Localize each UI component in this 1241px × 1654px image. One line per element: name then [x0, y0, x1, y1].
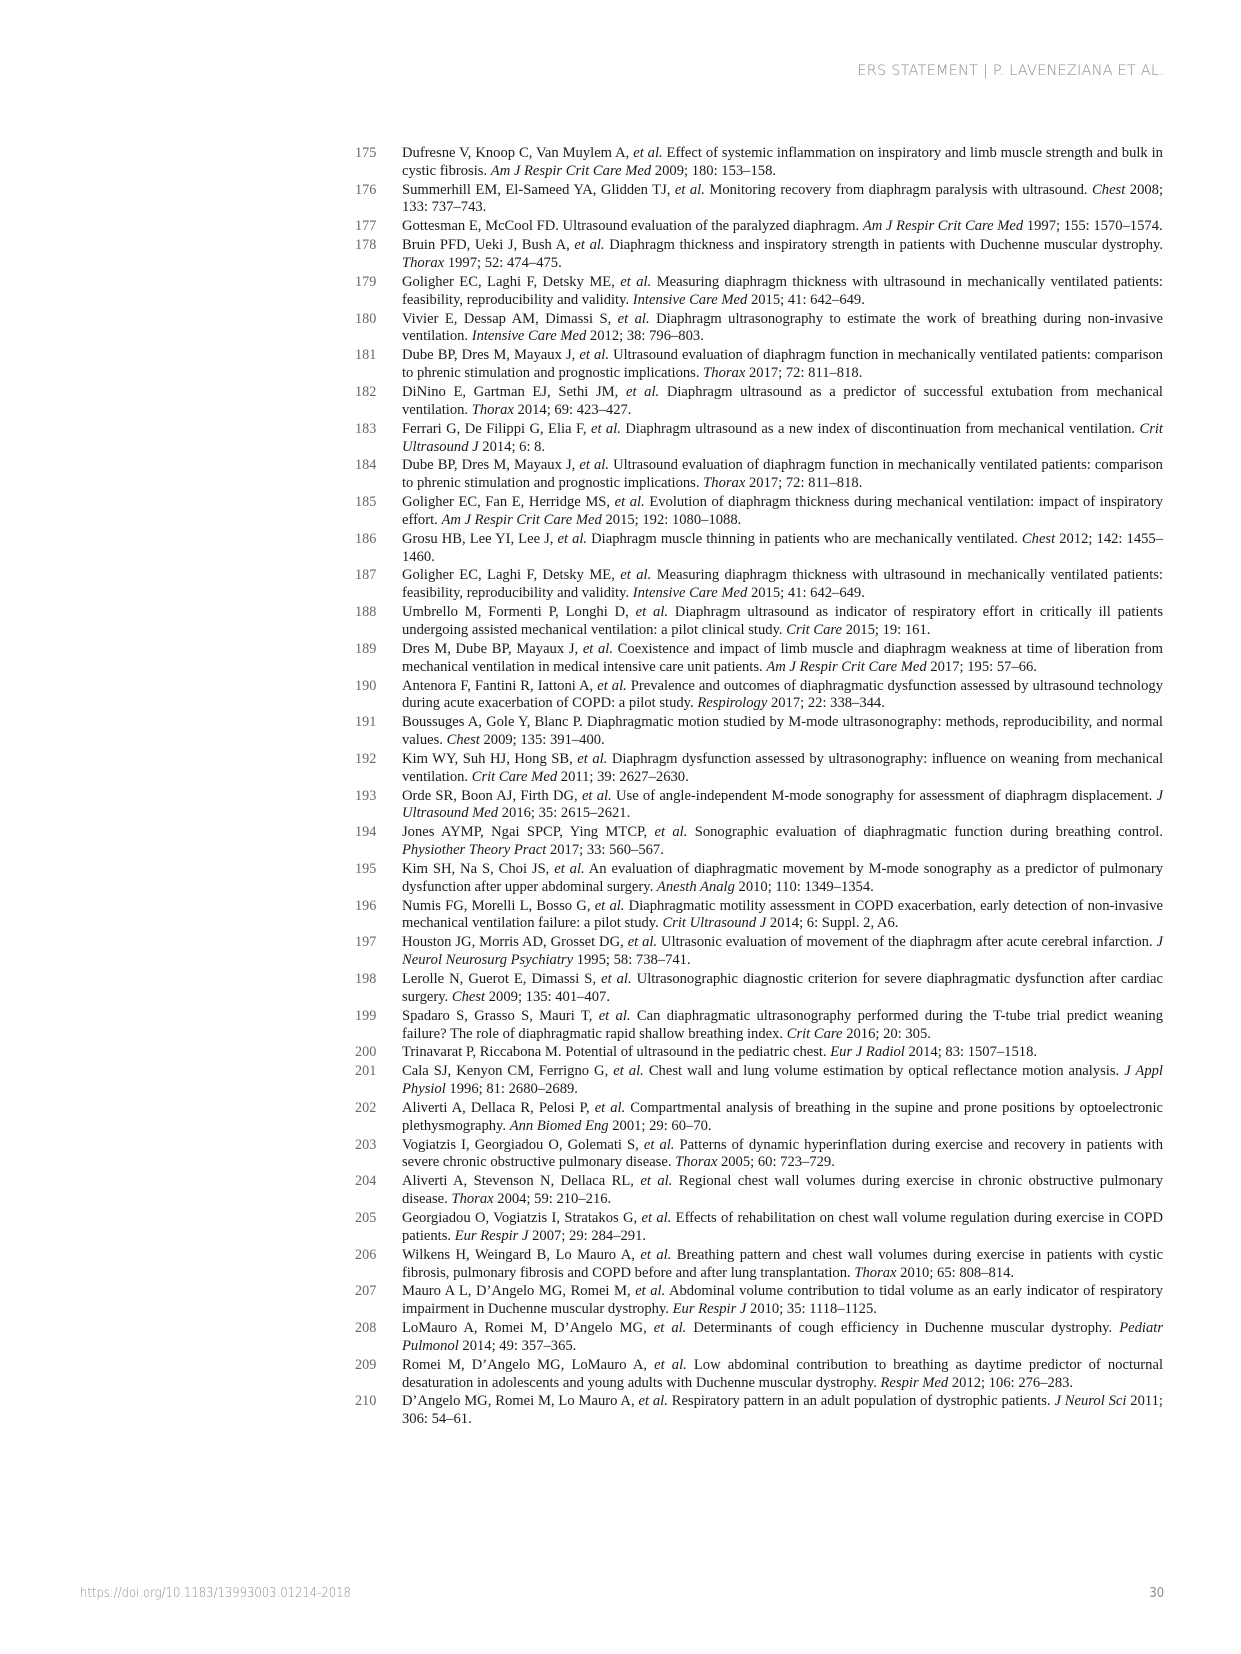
reference-item: 202Aliverti A, Dellaca R, Pelosi P, et a…: [355, 1100, 1163, 1136]
et-al: et al.: [644, 1137, 675, 1153]
citation-details: 2017; 72: 811–818.: [745, 475, 862, 491]
reference-text: Bruin PFD, Ueki J, Bush A, et al. Diaphr…: [402, 237, 1163, 273]
reference-title: Chest wall and lung volume estimation by…: [644, 1063, 1124, 1079]
et-al: et al.: [642, 1210, 672, 1226]
citation-details: 2015; 19: 161.: [842, 622, 930, 638]
et-al: et al.: [628, 934, 657, 950]
citation-details: 2017; 22: 338–344.: [767, 695, 885, 711]
reference-item: 194Jones AYMP, Ngai SPCP, Ying MTCP, et …: [355, 824, 1163, 860]
reference-item: 179Goligher EC, Laghi F, Detsky ME, et a…: [355, 274, 1163, 310]
reference-number: 210: [355, 1393, 402, 1429]
et-al: et al.: [620, 567, 651, 583]
citation-details: 2014; 83: 1507–1518.: [905, 1044, 1037, 1060]
citation-details: 2017; 72: 811–818.: [745, 365, 862, 381]
reference-list: 175Dufresne V, Knoop C, Van Muylem A, et…: [355, 145, 1163, 1430]
reference-item: 176Summerhill EM, El-Sameed YA, Glidden …: [355, 182, 1163, 218]
et-al: et al.: [597, 678, 627, 694]
et-al: et al.: [654, 1320, 687, 1336]
reference-item: 197Houston JG, Morris AD, Grosset DG, et…: [355, 934, 1163, 970]
journal-name: Crit Care: [786, 622, 842, 638]
doi-link[interactable]: https://doi.org/10.1183/13993003.01214-2…: [80, 1585, 351, 1601]
et-al: et al.: [638, 1393, 667, 1409]
et-al: et al.: [599, 1008, 631, 1024]
reference-number: 199: [355, 1008, 402, 1044]
journal-name: Thorax: [451, 1191, 493, 1207]
reference-number: 207: [355, 1283, 402, 1319]
citation-details: 2004; 59: 210–216.: [494, 1191, 612, 1207]
reference-text: Gottesman E, McCool FD. Ultrasound evalu…: [402, 218, 1163, 236]
journal-name: Crit Care: [787, 1026, 843, 1042]
reference-authors: Numis FG, Morelli L, Bosso G,: [402, 898, 595, 914]
reference-authors: Houston JG, Morris AD, Grosset DG,: [402, 934, 628, 950]
reference-item: 189Dres M, Dube BP, Mayaux J, et al. Coe…: [355, 641, 1163, 677]
reference-number: 208: [355, 1320, 402, 1356]
running-head: ERS STATEMENT | P. LAVENEZIANA ET AL.: [857, 63, 1164, 79]
reference-number: 204: [355, 1173, 402, 1209]
reference-text: Numis FG, Morelli L, Bosso G, et al. Dia…: [402, 898, 1163, 934]
reference-number: 188: [355, 604, 402, 640]
journal-name: Thorax: [854, 1265, 896, 1281]
reference-text: Dube BP, Dres M, Mayaux J, et al. Ultras…: [402, 457, 1163, 493]
reference-authors: Gottesman E, McCool FD. Ultrasound evalu…: [402, 218, 863, 234]
reference-title: Respiratory pattern in an adult populati…: [668, 1393, 1055, 1409]
reference-text: Dres M, Dube BP, Mayaux J, et al. Coexis…: [402, 641, 1163, 677]
reference-item: 200Trinavarat P, Riccabona M. Potential …: [355, 1044, 1163, 1062]
reference-text: Aliverti A, Dellaca R, Pelosi P, et al. …: [402, 1100, 1163, 1136]
reference-text: Lerolle N, Guerot E, Dimassi S, et al. U…: [402, 971, 1163, 1007]
reference-authors: Dufresne V, Knoop C, Van Muylem A,: [402, 145, 633, 161]
reference-title: Ultrasonic evaluation of movement of the…: [657, 934, 1156, 950]
reference-item: 195Kim SH, Na S, Choi JS, et al. An eval…: [355, 861, 1163, 897]
reference-number: 200: [355, 1044, 402, 1062]
reference-authors: Kim SH, Na S, Choi JS,: [402, 861, 554, 877]
reference-text: Goligher EC, Laghi F, Detsky ME, et al. …: [402, 567, 1163, 603]
reference-authors: Spadaro S, Grasso S, Mauri T,: [402, 1008, 599, 1024]
reference-number: 203: [355, 1137, 402, 1173]
reference-authors: Grosu HB, Lee YI, Lee J,: [402, 531, 557, 547]
reference-title: Diaphragm muscle thinning in patients wh…: [587, 531, 1022, 547]
citation-details: 2005; 60: 723–729.: [717, 1154, 835, 1170]
reference-text: Jones AYMP, Ngai SPCP, Ying MTCP, et al.…: [402, 824, 1163, 860]
reference-text: Georgiadou O, Vogiatzis I, Stratakos G, …: [402, 1210, 1163, 1246]
page-number: 30: [1149, 1585, 1164, 1601]
reference-title: Diaphragm thickness and inspiratory stre…: [605, 237, 1163, 253]
et-al: et al.: [574, 237, 604, 253]
et-al: et al.: [582, 788, 612, 804]
reference-item: 201Cala SJ, Kenyon CM, Ferrigno G, et al…: [355, 1063, 1163, 1099]
reference-text: Dufresne V, Knoop C, Van Muylem A, et al…: [402, 145, 1163, 181]
reference-text: Boussuges A, Gole Y, Blanc P. Diaphragma…: [402, 714, 1163, 750]
citation-details: 1997; 52: 474–475.: [444, 255, 562, 271]
reference-number: 176: [355, 182, 402, 218]
reference-item: 177Gottesman E, McCool FD. Ultrasound ev…: [355, 218, 1163, 236]
reference-authors: Aliverti A, Stevenson N, Dellaca RL,: [402, 1173, 640, 1189]
reference-item: 191Boussuges A, Gole Y, Blanc P. Diaphra…: [355, 714, 1163, 750]
reference-authors: Lerolle N, Guerot E, Dimassi S,: [402, 971, 601, 987]
reference-authors: Dube BP, Dres M, Mayaux J,: [402, 457, 579, 473]
journal-name: Thorax: [703, 365, 745, 381]
journal-name: Crit Ultrasound J: [662, 915, 766, 931]
reference-title: Diaphragm ultrasound as a new index of d…: [621, 421, 1140, 437]
citation-details: 2015; 41: 642–649.: [747, 585, 865, 601]
et-al: et al.: [595, 898, 625, 914]
reference-authors: Bruin PFD, Ueki J, Bush A,: [402, 237, 574, 253]
reference-authors: Kim WY, Suh HJ, Hong SB,: [402, 751, 577, 767]
reference-text: D’Angelo MG, Romei M, Lo Mauro A, et al.…: [402, 1393, 1163, 1429]
journal-name: Am J Respir Crit Care Med: [863, 218, 1023, 234]
et-al: et al.: [620, 274, 651, 290]
et-al: et al.: [618, 311, 650, 327]
reference-authors: Summerhill EM, El-Sameed YA, Glidden TJ,: [402, 182, 675, 198]
citation-details: 1996; 81: 2680–2689.: [446, 1081, 578, 1097]
reference-item: 206Wilkens H, Weingard B, Lo Mauro A, et…: [355, 1247, 1163, 1283]
citation-details: 2014; 49: 357–365.: [459, 1338, 577, 1354]
citation-details: 2014; 6: Suppl. 2, A6.: [766, 915, 898, 931]
reference-item: 209Romei M, D’Angelo MG, LoMauro A, et a…: [355, 1357, 1163, 1393]
reference-item: 182DiNino E, Gartman EJ, Sethi JM, et al…: [355, 384, 1163, 420]
reference-text: Goligher EC, Laghi F, Detsky ME, et al. …: [402, 274, 1163, 310]
reference-title: Determinants of cough efficiency in Duch…: [686, 1320, 1119, 1336]
journal-name: Eur Respir J: [455, 1228, 529, 1244]
reference-authors: Romei M, D’Angelo MG, LoMauro A,: [402, 1357, 654, 1373]
citation-details: 2016; 20: 305.: [843, 1026, 931, 1042]
reference-text: LoMauro A, Romei M, D’Angelo MG, et al. …: [402, 1320, 1163, 1356]
et-al: et al.: [613, 1063, 644, 1079]
reference-number: 180: [355, 311, 402, 347]
citation-details: 1997; 155: 1570–1574.: [1023, 218, 1162, 234]
et-al: et al.: [583, 641, 613, 657]
reference-item: 192Kim WY, Suh HJ, Hong SB, et al. Diaph…: [355, 751, 1163, 787]
reference-authors: Ferrari G, De Filippi G, Elia F,: [402, 421, 591, 437]
journal-name: Respir Med: [881, 1375, 949, 1391]
et-al: et al.: [591, 421, 621, 437]
reference-text: Antenora F, Fantini R, Iattoni A, et al.…: [402, 678, 1163, 714]
reference-item: 181Dube BP, Dres M, Mayaux J, et al. Ult…: [355, 347, 1163, 383]
reference-number: 205: [355, 1210, 402, 1246]
reference-number: 184: [355, 457, 402, 493]
journal-name: Intensive Care Med: [472, 328, 587, 344]
reference-authors: DiNino E, Gartman EJ, Sethi JM,: [402, 384, 626, 400]
citation-details: 2001; 29: 60–70.: [609, 1118, 712, 1134]
reference-authors: LoMauro A, Romei M, D’Angelo MG,: [402, 1320, 654, 1336]
et-al: et al.: [636, 604, 668, 620]
reference-item: 184Dube BP, Dres M, Mayaux J, et al. Ult…: [355, 457, 1163, 493]
reference-authors: Georgiadou O, Vogiatzis I, Stratakos G,: [402, 1210, 642, 1226]
journal-name: Chest: [1022, 531, 1055, 547]
reference-item: 188Umbrello M, Formenti P, Longhi D, et …: [355, 604, 1163, 640]
reference-authors: Vivier E, Dessap AM, Dimassi S,: [402, 311, 618, 327]
reference-number: 206: [355, 1247, 402, 1283]
reference-authors: Wilkens H, Weingard B, Lo Mauro A,: [402, 1247, 640, 1263]
journal-name: Thorax: [472, 402, 514, 418]
reference-number: 190: [355, 678, 402, 714]
reference-item: 187Goligher EC, Laghi F, Detsky ME, et a…: [355, 567, 1163, 603]
reference-title: Monitoring recovery from diaphragm paral…: [705, 182, 1092, 198]
journal-name: Am J Respir Crit Care Med: [441, 512, 601, 528]
reference-item: 210D’Angelo MG, Romei M, Lo Mauro A, et …: [355, 1393, 1163, 1429]
reference-text: Ferrari G, De Filippi G, Elia F, et al. …: [402, 421, 1163, 457]
journal-name: Am J Respir Crit Care Med: [766, 659, 926, 675]
citation-details: 2016; 35: 2615–2621.: [498, 805, 630, 821]
reference-item: 199Spadaro S, Grasso S, Mauri T, et al. …: [355, 1008, 1163, 1044]
reference-text: Houston JG, Morris AD, Grosset DG, et al…: [402, 934, 1163, 970]
reference-text: Umbrello M, Formenti P, Longhi D, et al.…: [402, 604, 1163, 640]
et-al: et al.: [601, 971, 632, 987]
reference-text: Grosu HB, Lee YI, Lee J, et al. Diaphrag…: [402, 531, 1163, 567]
reference-item: 205Georgiadou O, Vogiatzis I, Stratakos …: [355, 1210, 1163, 1246]
reference-text: Dube BP, Dres M, Mayaux J, et al. Ultras…: [402, 347, 1163, 383]
journal-name: Chest: [447, 732, 480, 748]
et-al: et al.: [655, 824, 688, 840]
citation-details: 2010; 65: 808–814.: [897, 1265, 1015, 1281]
reference-title: Sonographic evaluation of diaphragmatic …: [687, 824, 1163, 840]
journal-name: Ann Biomed Eng: [510, 1118, 609, 1134]
et-al: et al.: [579, 457, 609, 473]
reference-item: 178Bruin PFD, Ueki J, Bush A, et al. Dia…: [355, 237, 1163, 273]
reference-item: 196Numis FG, Morelli L, Bosso G, et al. …: [355, 898, 1163, 934]
reference-authors: Dube BP, Dres M, Mayaux J,: [402, 347, 579, 363]
journal-name: Thorax: [703, 475, 745, 491]
et-al: et al.: [615, 494, 645, 510]
reference-number: 189: [355, 641, 402, 677]
citation-details: 2014; 69: 423–427.: [514, 402, 632, 418]
journal-name: Chest: [1092, 182, 1125, 198]
citation-details: 2017; 195: 57–66.: [927, 659, 1037, 675]
reference-number: 179: [355, 274, 402, 310]
reference-number: 187: [355, 567, 402, 603]
et-al: et al.: [635, 1283, 665, 1299]
et-al: et al.: [640, 1247, 671, 1263]
reference-number: 177: [355, 218, 402, 236]
et-al: et al.: [554, 861, 584, 877]
journal-name: Respirology: [697, 695, 767, 711]
et-al: et al.: [557, 531, 587, 547]
reference-number: 193: [355, 788, 402, 824]
reference-item: 180Vivier E, Dessap AM, Dimassi S, et al…: [355, 311, 1163, 347]
journal-name: Eur Respir J: [673, 1301, 747, 1317]
reference-text: Orde SR, Boon AJ, Firth DG, et al. Use o…: [402, 788, 1163, 824]
citation-details: 2014; 6: 8.: [479, 439, 545, 455]
journal-name: Chest: [452, 989, 485, 1005]
reference-item: 183Ferrari G, De Filippi G, Elia F, et a…: [355, 421, 1163, 457]
reference-authors: Vogiatzis I, Georgiadou O, Golemati S,: [402, 1137, 644, 1153]
reference-authors: Jones AYMP, Ngai SPCP, Ying MTCP,: [402, 824, 655, 840]
reference-item: 204Aliverti A, Stevenson N, Dellaca RL, …: [355, 1173, 1163, 1209]
journal-name: Crit Care Med: [472, 769, 557, 785]
reference-number: 196: [355, 898, 402, 934]
journal-name: Am J Respir Crit Care Med: [491, 163, 651, 179]
et-al: et al.: [654, 1357, 687, 1373]
journal-name: Anesth Analg: [657, 879, 735, 895]
reference-item: 190Antenora F, Fantini R, Iattoni A, et …: [355, 678, 1163, 714]
reference-text: Kim WY, Suh HJ, Hong SB, et al. Diaphrag…: [402, 751, 1163, 787]
reference-authors: D’Angelo MG, Romei M, Lo Mauro A,: [402, 1393, 638, 1409]
reference-item: 203Vogiatzis I, Georgiadou O, Golemati S…: [355, 1137, 1163, 1173]
et-al: et al.: [675, 182, 705, 198]
reference-item: 185Goligher EC, Fan E, Herridge MS, et a…: [355, 494, 1163, 530]
reference-authors: Goligher EC, Laghi F, Detsky ME,: [402, 567, 620, 583]
citation-details: 1995; 58: 738–741.: [573, 952, 691, 968]
citation-details: 2015; 41: 642–649.: [747, 292, 865, 308]
reference-number: 191: [355, 714, 402, 750]
et-al: et al.: [577, 751, 607, 767]
citation-details: 2009; 180: 153–158.: [651, 163, 776, 179]
reference-number: 202: [355, 1100, 402, 1136]
reference-text: Mauro A L, D’Angelo MG, Romei M, et al. …: [402, 1283, 1163, 1319]
citation-details: 2010; 110: 1349–1354.: [735, 879, 874, 895]
citation-details: 2007; 29: 284–291.: [528, 1228, 646, 1244]
reference-text: Kim SH, Na S, Choi JS, et al. An evaluat…: [402, 861, 1163, 897]
reference-number: 181: [355, 347, 402, 383]
reference-text: Vogiatzis I, Georgiadou O, Golemati S, e…: [402, 1137, 1163, 1173]
reference-number: 209: [355, 1357, 402, 1393]
reference-authors: Antenora F, Fantini R, Iattoni A,: [402, 678, 597, 694]
journal-name: Intensive Care Med: [633, 292, 748, 308]
citation-details: 2010; 35: 1118–1125.: [746, 1301, 877, 1317]
reference-number: 195: [355, 861, 402, 897]
reference-text: Cala SJ, Kenyon CM, Ferrigno G, et al. C…: [402, 1063, 1163, 1099]
reference-text: DiNino E, Gartman EJ, Sethi JM, et al. D…: [402, 384, 1163, 420]
reference-authors: Cala SJ, Kenyon CM, Ferrigno G,: [402, 1063, 613, 1079]
citation-details: 2009; 135: 401–407.: [485, 989, 610, 1005]
reference-text: Vivier E, Dessap AM, Dimassi S, et al. D…: [402, 311, 1163, 347]
reference-number: 178: [355, 237, 402, 273]
reference-number: 182: [355, 384, 402, 420]
reference-authors: Goligher EC, Fan E, Herridge MS,: [402, 494, 615, 510]
reference-item: 175Dufresne V, Knoop C, Van Muylem A, et…: [355, 145, 1163, 181]
reference-number: 194: [355, 824, 402, 860]
reference-authors: Dres M, Dube BP, Mayaux J,: [402, 641, 583, 657]
reference-title: Use of angle-independent M-mode sonograp…: [612, 788, 1157, 804]
reference-text: Goligher EC, Fan E, Herridge MS, et al. …: [402, 494, 1163, 530]
reference-number: 183: [355, 421, 402, 457]
journal-name: Physiother Theory Pract: [402, 842, 546, 858]
reference-authors: Mauro A L, D’Angelo MG, Romei M,: [402, 1283, 635, 1299]
reference-text: Spadaro S, Grasso S, Mauri T, et al. Can…: [402, 1008, 1163, 1044]
reference-text: Wilkens H, Weingard B, Lo Mauro A, et al…: [402, 1247, 1163, 1283]
reference-item: 193Orde SR, Boon AJ, Firth DG, et al. Us…: [355, 788, 1163, 824]
reference-item: 208LoMauro A, Romei M, D’Angelo MG, et a…: [355, 1320, 1163, 1356]
reference-item: 186Grosu HB, Lee YI, Lee J, et al. Diaph…: [355, 531, 1163, 567]
citation-details: 2012; 38: 796–803.: [586, 328, 704, 344]
citation-details: 2017; 33: 560–567.: [546, 842, 664, 858]
et-al: et al.: [640, 1173, 672, 1189]
reference-number: 175: [355, 145, 402, 181]
reference-authors: Umbrello M, Formenti P, Longhi D,: [402, 604, 636, 620]
reference-number: 198: [355, 971, 402, 1007]
reference-text: Romei M, D’Angelo MG, LoMauro A, et al. …: [402, 1357, 1163, 1393]
reference-item: 207Mauro A L, D’Angelo MG, Romei M, et a…: [355, 1283, 1163, 1319]
journal-name: Thorax: [402, 255, 444, 271]
journal-name: Eur J Radiol: [830, 1044, 905, 1060]
et-al: et al.: [626, 384, 659, 400]
journal-name: Intensive Care Med: [633, 585, 748, 601]
reference-item: 198Lerolle N, Guerot E, Dimassi S, et al…: [355, 971, 1163, 1007]
reference-number: 186: [355, 531, 402, 567]
journal-name: Thorax: [675, 1154, 717, 1170]
et-al: et al.: [633, 145, 662, 161]
et-al: et al.: [579, 347, 609, 363]
journal-name: J Neurol Sci: [1054, 1393, 1126, 1409]
citation-details: 2012; 106: 276–283.: [948, 1375, 1073, 1391]
reference-authors: Orde SR, Boon AJ, Firth DG,: [402, 788, 582, 804]
reference-text: Aliverti A, Stevenson N, Dellaca RL, et …: [402, 1173, 1163, 1209]
citation-details: 2015; 192: 1080–1088.: [602, 512, 741, 528]
reference-text: Trinavarat P, Riccabona M. Potential of …: [402, 1044, 1163, 1062]
citation-details: 2011; 39: 2627–2630.: [557, 769, 689, 785]
et-al: et al.: [595, 1100, 626, 1116]
reference-number: 201: [355, 1063, 402, 1099]
reference-authors: Aliverti A, Dellaca R, Pelosi P,: [402, 1100, 595, 1116]
reference-number: 192: [355, 751, 402, 787]
reference-number: 185: [355, 494, 402, 530]
reference-number: 197: [355, 934, 402, 970]
reference-text: Summerhill EM, El-Sameed YA, Glidden TJ,…: [402, 182, 1163, 218]
citation-details: 2009; 135: 391–400.: [480, 732, 605, 748]
reference-authors: Goligher EC, Laghi F, Detsky ME,: [402, 274, 620, 290]
reference-authors: Trinavarat P, Riccabona M. Potential of …: [402, 1044, 830, 1060]
